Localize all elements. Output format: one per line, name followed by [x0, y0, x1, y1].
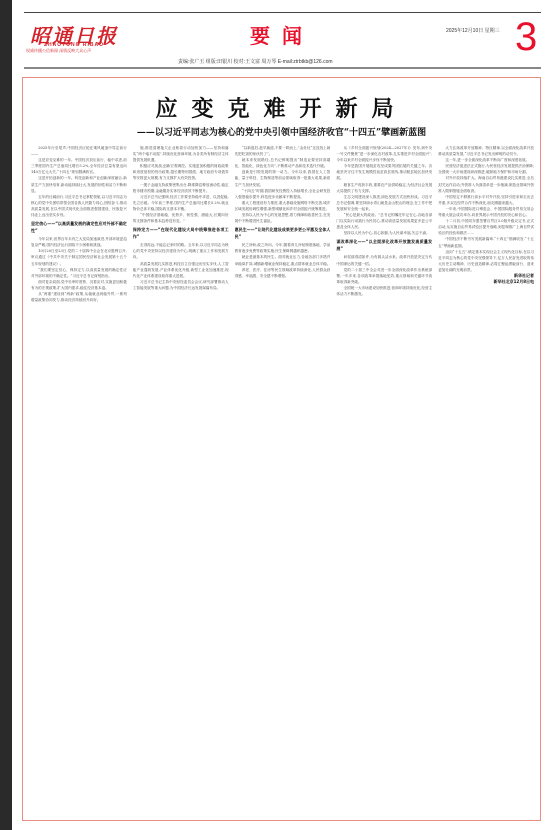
article-column-2: 施,推进清理拖欠企业账款行动加快加力——坚持和落实“两个毫不动摇”,持续优化营商… [133, 145, 229, 817]
article-column-4: 从《乡村全面振兴规划(2024—2027年)》发布,到中央一号文件聚焦“进一步深… [336, 145, 432, 817]
article-paragraph: 重大工程建设有力推进,重大基础设施网络不断完善,城乡区域发展协调性增强,新型城镇… [235, 200, 331, 212]
newspaper-slogan: 权威传播公信新闻 深情反映大众心声 [26, 48, 91, 54]
article-paragraph: 2025年行至尾声,中国经济巨轮在乘风破浪中笃定前行—— [31, 145, 127, 157]
article-paragraph: 对外开放持续扩大。海南自由贸易港建设扎实推进,全岛封关运作启动;外资准入负面清单… [438, 175, 534, 193]
article-paragraph: 养老、医疗、住房等民生领域改革持续深化,人民群众获得感、幸福感、安全感不断增强。 [235, 267, 331, 279]
article-paragraph: 今年是我国开展脱贫攻坚成果巩固拓展的关键之年。各地坚决守住不发生规模性返贫致贫底… [336, 163, 432, 181]
article-paragraph: 民之所盼,政之所向。今年,随着育儿补贴制度落地、学前教育逐步免费等政策实施,民生… [235, 242, 331, 254]
article-subtitle: ——以习近平同志为核心的党中央引领中国经济收官“十四五”擘画新蓝图 [23, 125, 540, 138]
article-paragraph: “民心是最大的政治。”总书记的嘱托牢记在心,各地各部门以实际行动践行为民初心,推… [336, 212, 432, 230]
article-headline: 应变克难开新局 [23, 92, 540, 123]
article-paragraph: 一揽子金融支持政策密集出台,降准降息释放流动性,稳定股市楼市预期,金融服务实体经… [133, 182, 229, 194]
article-paragraph: 生态文明建设深入推进,绿色发展方式加快形成。习近平总书记强调,要坚持绿水青山就是… [336, 194, 432, 212]
section-subheading: 谋改革深化——“以全面深化改革开放激发高质量发展” [336, 239, 432, 252]
article-paragraph: “十四五”时期,我国研发经费投入持续增长,全社会研发投入强度稳步提升,科技进步贡… [235, 188, 331, 200]
article-column-3: “以新促旧,趁早换道,不要一哄而上,”金灶灶“还没找上就先把吃饭的家伙扔了”。就… [235, 145, 331, 817]
article-paragraph: 十二月初,中国同东盟签署自贸区3.0版升级议定书,正式启动;从实施自由贸易试验区… [438, 218, 534, 236]
article-paragraph: 党的二十届三中全会对进一步全面深化改革作出系统部署,一年多来,各项改革举措落地见… [336, 267, 432, 285]
article-paragraph: 积极应对挑战,创新宏观调控。实施更加积极的财政政策和适度宽松的货币政策,超长期特… [133, 163, 229, 181]
newspaper-page: 昭通日报 ZHAOTONG RIBAO 权威传播公信新闻 深情反映大众心声 要闻… [12, 0, 553, 830]
article-paragraph: 大力弘扬改革开放精神、特区精神,以全面深化改革开放推动高质量发展,“习近平总书记… [438, 145, 534, 157]
article-paragraph: 迈向“十五五”,锚定基本实现社会主义现代化目标,在以习近平同志为核心的党中央坚强… [438, 249, 534, 273]
article-paragraph: 中国经济不断书写发展新篇章,“十四五”圆满收官,“十五五”擘画新蓝图。 [438, 236, 534, 248]
article-paragraph: “以新促旧,趁早换道,不要一哄而上,”金灶灶“还没找上就先把吃饭的家伙扔了”。 [235, 145, 331, 157]
article-paragraph: 高质量发展扎实推进,科技自立自强迈出坚实步伐,人工智能产业蓬勃发展,产业体系优化… [133, 261, 229, 279]
article-paragraph: 就本来发展路径,总书记鲜明提出“制造业要坚持高端化、智能化、绿色化方向”,不断推… [235, 157, 331, 169]
article-paragraph: 这是应变克难的一年。中国经济顶压前行、稳中求进,前三季度国内生产总值同比增长5.… [31, 157, 127, 175]
article-paragraph: 今年以来,世界百年未有之大变局加速演进,外部环境更趋复杂严峻,国内经济运行面临不… [31, 236, 127, 248]
article-paragraph: 五年的壮阔前行,习近平总书记掌舵领航,以习近平同志为核心的党中央团结带领全国各族… [31, 194, 127, 218]
article-paragraph: “中国经济基础稳、优势多、韧性强、潜能大,长期向好的支撑条件和基本趋势没有变。” [133, 212, 229, 224]
article-paragraph: 面对复杂局面,党中央审时度势、沉着应对,实施更加积极有为的宏观政策,扩大国内需求… [31, 279, 127, 291]
article-column-5: 大力弘扬改革开放精神、特区精神,以全面深化改革开放推动高质量发展,“习近平总书记… [438, 145, 534, 817]
section-subheading: 坚定信心——“以高质量发展的确定性应对外部不确定性” [31, 221, 127, 234]
page-number: 3 [515, 17, 537, 57]
article-paragraph: 就业是最基本的民生。面对就业压力,各地各部门多措并举稳岗扩岗,城镇新增就业保持稳… [235, 254, 331, 266]
article-paragraph: 从《乡村全面振兴规划(2024—2027年)》发布,到中央一号文件聚焦“进一步深… [336, 145, 432, 163]
article-paragraph: 这是开拓创新的一年。科技创新和产业创新深度融合,新质生产力加快培育,新动能持续壮… [31, 175, 127, 193]
article-paragraph: 中国坚定不移推行高水平对外开放,坚持引进来和走出去并重,多双边经贸合作不断深化,… [438, 194, 534, 206]
article-columns: 2025年行至尾声,中国经济巨轮在乘风破浪中笃定前行——这是应变克难的一年。中国… [31, 145, 534, 817]
section-subheading: 保持定力——“在现代化建设大局中统筹推进各项工作” [133, 227, 229, 240]
article-dateline: 新华社北京12月8日电 [438, 279, 534, 286]
article-paragraph: 全国统一大市场建设加快推进,营商环境持续优化,经营主体活力不断激发。 [336, 285, 432, 297]
article-paragraph: 粮食生产再获丰收,重要农产品供给稳定,为经济社会发展大局提供了有力支撑。 [336, 182, 432, 194]
issue-date: 2025年12月10日 星期三 [446, 27, 500, 34]
section-name: 要闻 [250, 20, 314, 49]
article-paragraph: 民营经济促进法正式施行,为民营经济发展提供法治保障;全国统一大市场建设纵深推进,… [438, 163, 534, 175]
article-paragraph: 10月20日至23日,党的二十届四中全会在北京胜利召开,审议通过《中共中央关于制… [31, 248, 127, 266]
masthead-bottom-rule [24, 67, 541, 69]
article-paragraph: 坚持以人民为中心的发展思想,着力保障和改善民生,在发展中不断增进民生福祉。 [235, 212, 331, 224]
article-box: 应变克难开新局 ——以习近平同志为核心的党中央引领中国经济收官“十四五”擘画新蓝… [22, 77, 541, 821]
article-column-1: 2025年行至尾声,中国经济巨轮在乘风破浪中笃定前行——这是应变克难的一年。中国… [31, 145, 127, 817]
article-paragraph: 习近平总书记强调,经济工作要坚持稳中求进、以进促稳,先立后破。今年前三季度,国内… [133, 194, 229, 212]
section-subheading: 惠民生——“让现代化建设成果更多更公平惠及全体人民” [235, 227, 331, 240]
masthead-top-rule [24, 12, 541, 13]
article-paragraph: 从“两重”建设到“两新”政策,从稳就业到稳外贸,一系列增量政策协同发力,推动经济… [31, 291, 127, 303]
article-paragraph: 问渠那得清如许,为有源头活水来。改革开放是决定当代中国命运的关键一招。 [336, 254, 432, 266]
article-paragraph: 习近平总书记主持中央财经委员会会议,研究部署推动人工智能发展等重大问题,为中国经… [133, 279, 229, 291]
article-paragraph: 坚持以人民为中心,初心如磐,为人民谋幸福,矢志不渝。 [336, 230, 432, 236]
article-paragraph: 创新是引领发展的第一动力。今年以来,我国在人工智能、量子科技、生物制造等前沿领域… [235, 169, 331, 187]
editors-credit: 责编:张广玉 组版:田银川 校对:王文富 周万琴 E-mail:ztrbtkb@… [178, 58, 333, 65]
article-paragraph: 走得再远,不能忘记来时的路。五年来,以习近平同志为核心的党中央坚持以经济建设为中… [133, 242, 229, 260]
article-paragraph: 施,推进清理拖欠企业账款行动加快加力——坚持和落实“两个毫不动摇”,持续优化营商… [133, 145, 229, 163]
article-paragraph: 一年来,中国国际进口博览会、中国国际服务贸易交易会等重大展会成功举办,向世界展示… [438, 206, 534, 218]
article-paragraph: “我们要坚定信心、保持定力,以高质量发展的确定性应对外部环境的不确定性。”习近平… [31, 267, 127, 279]
